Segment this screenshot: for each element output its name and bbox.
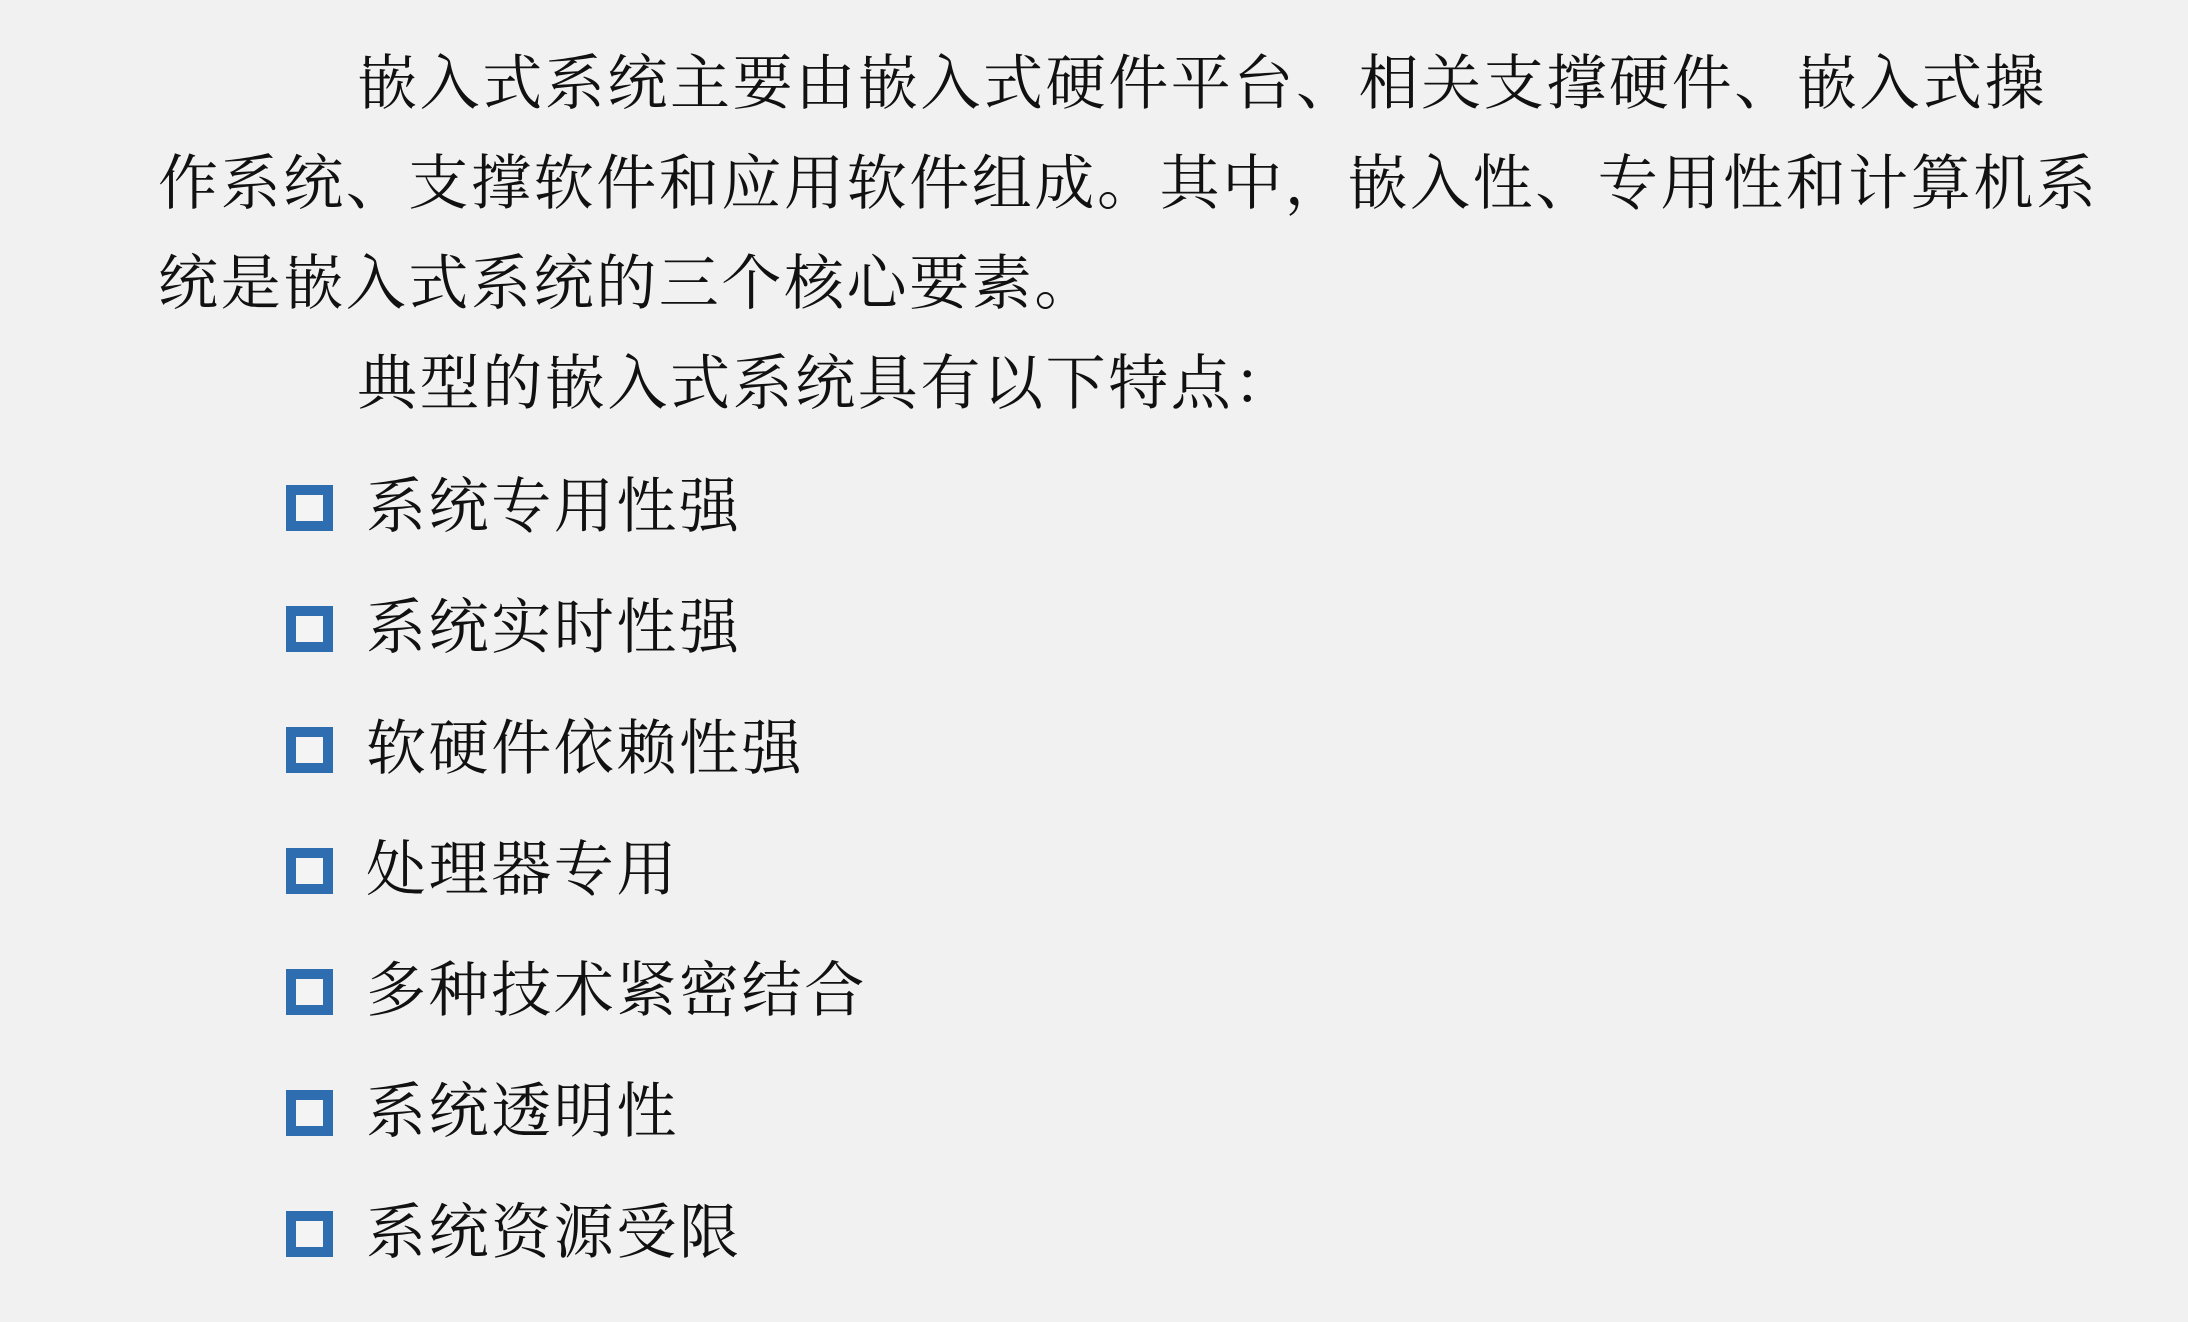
square-bullet-icon bbox=[286, 485, 333, 531]
list-item: 处理器专用 bbox=[286, 810, 679, 931]
list-item-text: 软硬件依赖性强 bbox=[366, 689, 804, 810]
square-bullet-icon bbox=[286, 969, 333, 1015]
square-bullet-icon bbox=[286, 727, 333, 773]
square-bullet-icon bbox=[286, 1211, 333, 1257]
list-item-text: 系统透明性 bbox=[366, 1052, 679, 1173]
intro-paragraph-line: 作系统、支撑软件和应用软件组成。其中，嵌入性、专用性和计算机系 bbox=[158, 134, 2099, 234]
list-item: 系统实时性强 bbox=[286, 568, 742, 689]
list-item: 多种技术紧密结合 bbox=[286, 931, 867, 1052]
list-item-text: 系统实时性强 bbox=[366, 568, 742, 689]
square-bullet-icon bbox=[286, 606, 333, 652]
intro-paragraph-line: 统是嵌入式系统的三个核心要素。 bbox=[158, 234, 1097, 334]
list-item-text: 多种技术紧密结合 bbox=[366, 931, 867, 1052]
intro-paragraph-line: 嵌入式系统主要由嵌入式硬件平台、相关支撑硬件、嵌入式操 bbox=[357, 34, 2047, 134]
square-bullet-icon bbox=[286, 848, 333, 894]
list-item: 系统资源受限 bbox=[286, 1173, 742, 1294]
list-item-text: 系统专用性强 bbox=[366, 447, 742, 568]
list-item-text: 系统资源受限 bbox=[366, 1173, 742, 1294]
features-heading: 典型的嵌入式系统具有以下特点： bbox=[357, 334, 1296, 434]
slide-content: 嵌入式系统主要由嵌入式硬件平台、相关支撑硬件、嵌入式操 作系统、支撑软件和应用软… bbox=[0, 0, 2188, 1322]
list-item: 软硬件依赖性强 bbox=[286, 689, 804, 810]
list-item: 系统专用性强 bbox=[286, 447, 742, 568]
list-item-text: 处理器专用 bbox=[366, 810, 679, 931]
square-bullet-icon bbox=[286, 1090, 333, 1136]
list-item: 系统透明性 bbox=[286, 1052, 679, 1173]
